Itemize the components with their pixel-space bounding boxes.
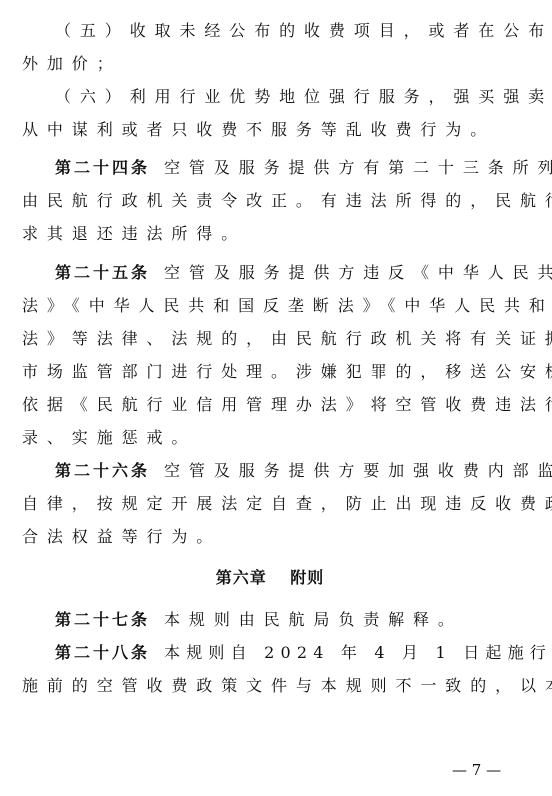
article-26-label: 第二十六条 <box>55 461 150 480</box>
article-28-line-2: 施前的空管收费政策文件与本规则不一致的，以本规则为准。 <box>22 676 522 696</box>
article-24-line-2: 由民航行政机关责令改正。有违法所得的，民航行政机关应当要 <box>22 191 522 211</box>
article-25-label: 第二十五条 <box>55 263 150 282</box>
article-26-text: 空管及服务提供方要加强收费内部监督和收费 <box>164 461 552 480</box>
article-27-line-1: 第二十七条本规则由民航局负责解释。 <box>55 610 552 630</box>
article-26-line-2: 自律，按规定开展法定自查，防止出现违反收费政策、损害用户 <box>22 494 522 514</box>
article-27-text: 本规则由民航局负责解释。 <box>164 610 463 629</box>
article-24-label: 第二十四条 <box>55 158 150 177</box>
article-24-line-1: 第二十四条空管及服务提供方有第二十三条所列行为的， <box>55 158 552 178</box>
article-24-text: 空管及服务提供方有第二十三条所列行为的， <box>164 158 552 177</box>
article-28-text: 本规则自 2024 年 4 月 1 日起施行。本规则实 <box>164 643 552 662</box>
article-25-line-5: 依据《民航行业信用管理办法》将空管收费违法行为记入信用记 <box>22 395 522 415</box>
article-24-line-3: 求其退还违法所得。 <box>22 224 522 244</box>
article-26-line-3: 合法权益等行为。 <box>22 527 522 547</box>
paragraph-item-5-line-2: 外加价； <box>22 54 522 74</box>
article-25-line-4: 市场监管部门进行处理。涉嫌犯罪的，移送公安机关查处。同时 <box>22 362 522 382</box>
article-25-text: 空管及服务提供方违反《中华人民共和国价格 <box>164 263 552 282</box>
paragraph-item-5-line-1: （五）收取未经公布的收费项目，或者在公布的收费标准之 <box>55 21 552 41</box>
article-25-line-3: 法》等法律、法规的，由民航行政机关将有关证据材料移送国家 <box>22 329 522 349</box>
paragraph-item-6-line-1: （六）利用行业优势地位强行服务，强买强卖，搭车收费， <box>55 87 552 107</box>
article-27-label: 第二十七条 <box>55 610 150 629</box>
article-26-line-1: 第二十六条空管及服务提供方要加强收费内部监督和收费 <box>55 461 552 481</box>
article-25-line-2: 法》《中华人民共和国反垄断法》《中华人民共和国反不正当竞争 <box>22 296 522 316</box>
article-28-label: 第二十八条 <box>55 643 150 662</box>
article-28-line-1: 第二十八条本规则自 2024 年 4 月 1 日起施行。本规则实 <box>55 643 552 663</box>
paragraph-item-6-line-2: 从中谋利或者只收费不服务等乱收费行为。 <box>22 120 522 140</box>
chapter-heading: 第六章 附则 <box>0 568 540 588</box>
document-page: （五）收取未经公布的收费项目，或者在公布的收费标准之 外加价； （六）利用行业优… <box>0 0 552 796</box>
page-number: — 7 — <box>452 760 501 780</box>
article-25-line-6: 录、实施惩戒。 <box>22 428 522 448</box>
article-25-line-1: 第二十五条空管及服务提供方违反《中华人民共和国价格 <box>55 263 552 283</box>
